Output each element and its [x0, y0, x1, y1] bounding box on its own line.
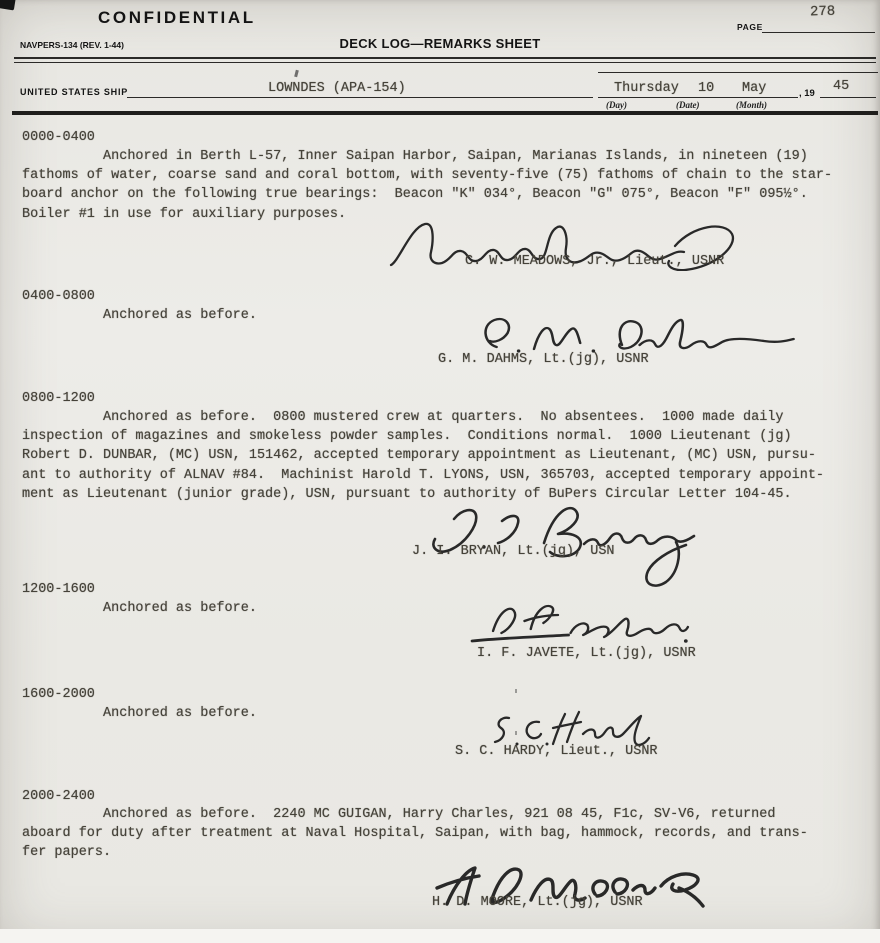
signature-name: I. F. JAVETE, Lt.(jg), USNR	[477, 646, 696, 661]
signature-scrawl-javete	[470, 597, 690, 653]
classification-stamp: CONFIDENTIAL	[98, 8, 256, 28]
log-entry-time: 1600-2000	[22, 687, 95, 702]
signature-name: C. W. MEADOWS, Jr., Lieut., USNR	[465, 254, 724, 269]
date-underline	[598, 97, 798, 98]
signature-name: J. I. BRYAN, Lt.(jg), USN	[412, 544, 615, 559]
header-double-rule-bottom	[14, 62, 876, 63]
year-underline	[820, 97, 876, 98]
scan-corner-mark	[0, 0, 16, 10]
log-month: May	[742, 81, 766, 96]
ship-name-underline	[127, 97, 593, 98]
log-entry-text: Anchored in Berth L-57, Inner Saipan Har…	[22, 147, 832, 224]
signature-name: G. M. DAHMS, Lt.(jg), USNR	[438, 352, 649, 367]
log-date: 10	[698, 81, 714, 96]
log-entry-time: 2000-2400	[22, 789, 95, 804]
log-entry-time: 1200-1600	[22, 582, 95, 597]
date-label: (Date)	[676, 100, 700, 110]
page-number-underline	[762, 32, 875, 33]
scan-speck	[515, 689, 517, 693]
signature-name: H. D. MOORE, Lt.(jg), USNR	[432, 895, 643, 910]
scan-speck	[294, 70, 299, 78]
log-entry-time: 0800-1200	[22, 391, 95, 406]
log-entry-text: Anchored as before. 0800 mustered crew a…	[22, 408, 824, 504]
signature-name: S. C. HARDY, Lieut., USNR	[455, 744, 658, 759]
scan-bottom-edge	[0, 929, 880, 943]
header-heavy-rule	[12, 111, 878, 115]
day-label: (Day)	[606, 100, 627, 110]
log-entry-text: Anchored as before.	[22, 306, 257, 325]
log-entry-text: Anchored as before.	[22, 599, 257, 618]
log-entry-time: 0000-0400	[22, 130, 95, 145]
log-entry-time: 0400-0800	[22, 289, 95, 304]
page-number: 278	[810, 4, 836, 21]
log-entry-text: Anchored as before.	[22, 704, 257, 723]
log-day: Thursday	[614, 81, 679, 96]
deck-log-page: CONFIDENTIAL 278 PAGE NAVPERS-134 (REV. …	[0, 0, 880, 943]
year-prefix: , 19	[799, 88, 815, 99]
document-title: DECK LOG—REMARKS SHEET	[280, 36, 600, 51]
date-box-top-rule	[598, 72, 878, 73]
header-double-rule-top	[14, 57, 876, 59]
month-label: (Month)	[736, 100, 767, 110]
form-number: NAVPERS-134 (REV. 1-44)	[20, 40, 124, 50]
ship-name: LOWNDES (APA-154)	[268, 81, 406, 96]
ship-label: UNITED STATES SHIP	[20, 87, 128, 97]
page-label: PAGE	[737, 22, 763, 32]
log-entry-text: Anchored as before. 2240 MC GUIGAN, Harr…	[22, 805, 808, 863]
log-year: 45	[833, 79, 849, 94]
